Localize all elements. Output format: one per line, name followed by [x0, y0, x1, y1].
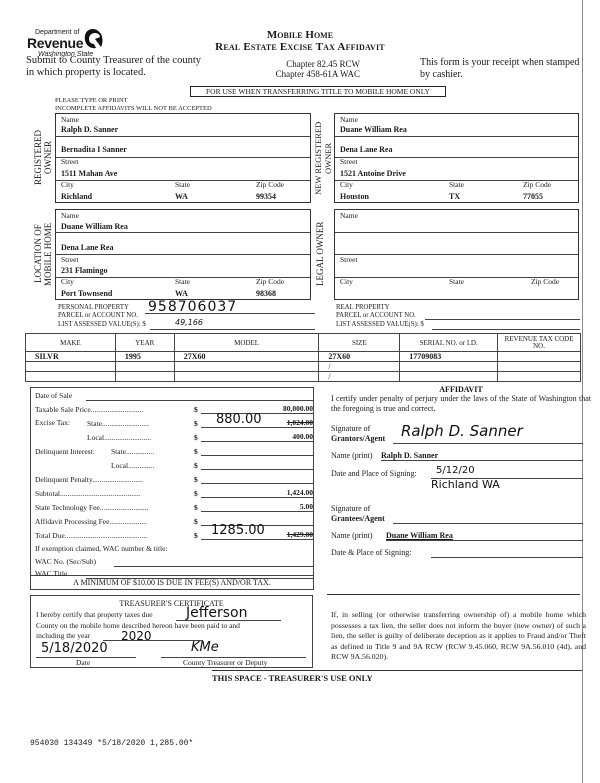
logo-revenue: Revenue [27, 35, 83, 51]
new-registered-owner-block: Name Duane William Rea Dena Lane Rea Str… [334, 113, 579, 203]
mobile-home-table: MAKE YEAR MODEL SIZE SERIAL NO. or I.D. … [25, 333, 581, 382]
registered-owner-street[interactable]: 1511 Mahan Ave [61, 169, 117, 178]
receipt-stamp: 954030 134349 *5/18/2020 1,285.00* [30, 739, 193, 748]
new-owner-street[interactable]: 1521 Antoine Drive [340, 169, 406, 178]
table-row: SILVR 1995 27X60 27X60 17709083 [26, 352, 581, 362]
personal-property-account-no[interactable]: 958706037 [148, 299, 237, 315]
form-title-line1: Mobile Home [200, 29, 400, 41]
location-block: Name Duane William Rea Dena Lane Rea Str… [55, 209, 311, 300]
new-owner-name1[interactable]: Duane William Rea [340, 125, 407, 134]
tech-fee-field[interactable]: 5.00 [201, 502, 314, 512]
grantor-name[interactable]: Ralph D. Sanner [381, 451, 438, 460]
grantor-date[interactable]: 5/12/20 [436, 465, 475, 476]
registered-owner-zip[interactable]: 99354 [256, 192, 276, 201]
dor-logo-icon [83, 28, 103, 50]
instructions: PLEASE TYPE OR PRINT INCOMPLETE AFFIDAVI… [55, 97, 212, 113]
date-of-sale-field[interactable] [86, 400, 314, 401]
delinquent-local-field[interactable] [201, 460, 314, 470]
legal-owner-section-label: LEGAL OWNER [315, 209, 333, 299]
delinquent-penalty-field[interactable] [201, 474, 314, 484]
table-row: / [26, 362, 581, 372]
affidavit-section: AFFIDAVIT I certify under penalty of per… [331, 385, 591, 554]
treasurer-date[interactable]: 5/18/2020 [41, 641, 108, 656]
excise-state-handwritten: 880.00 [216, 412, 262, 427]
grantee-date-field[interactable] [431, 557, 583, 558]
personal-property-label: PERSONAL PROPERTY PARCEL or ACCOUNT NO. [58, 304, 138, 320]
minimum-due-note: A MINIMUM OF $10.00 IS DUE IN FEE(S) AND… [30, 576, 314, 590]
registered-owner-name1[interactable]: Ralph D. Sanner [61, 125, 118, 134]
delinquent-state-field[interactable] [201, 446, 314, 456]
location-name1[interactable]: Duane William Rea [61, 222, 128, 231]
transfer-note: FOR USE WHEN TRANSFERRING TITLE TO MOBIL… [190, 86, 446, 97]
excise-state-struck: 1,024.00 [287, 418, 313, 427]
real-property-account-field[interactable] [425, 319, 580, 320]
real-property-label: REAL PROPERTY PARCEL or ACCOUNT NO. [336, 304, 416, 320]
receipt-note: This form is your receipt when stamped b… [420, 57, 590, 81]
location-section-label: LOCATION OFMOBILE HOME [33, 209, 57, 299]
registered-owner-city[interactable]: Richland [61, 192, 92, 201]
wac-no-field[interactable] [114, 566, 314, 567]
treasurer-signature[interactable]: KMe [191, 640, 219, 655]
table-row: / [26, 372, 581, 382]
submit-note: Submit to County Treasurer of the county… [26, 55, 201, 79]
new-owner-zip[interactable]: 77055 [523, 192, 543, 201]
new-registered-owner-section-label: NEW REGISTEREDOWNER [313, 113, 335, 203]
new-owner-state[interactable]: TX [449, 192, 460, 201]
chapter-ref: Chapter 82.45 RCW Chapter 458-61A WAC [268, 59, 360, 79]
treasurer-year[interactable]: 2020 [121, 629, 152, 643]
table-header-row: MAKE YEAR MODEL SIZE SERIAL NO. or I.D. … [26, 334, 581, 352]
excise-local-field[interactable]: 400.00 [201, 432, 314, 442]
legal-owner-block: Name Street City State Zip Code [334, 209, 579, 300]
new-owner-city[interactable]: Houston [340, 192, 369, 201]
total-due-struck: 1,429.00 [287, 530, 313, 539]
subtotal-field[interactable]: 1,424.00 [201, 488, 314, 498]
real-assessed-field[interactable] [432, 329, 580, 330]
location-state[interactable]: WA [175, 289, 188, 298]
treasurer-use-only-label: THIS SPACE - TREASURER'S USE ONLY [212, 673, 373, 683]
location-street[interactable]: 231 Flamingo [61, 266, 107, 275]
personal-assessed-label: LIST ASSESSED VALUE(S): $ [58, 321, 146, 328]
treasurer-county[interactable]: Jefferson [186, 605, 248, 621]
location-zip[interactable]: 98368 [256, 289, 276, 298]
fees-section: Date of Sale Taxable Sale Price.........… [30, 387, 314, 576]
registered-owner-state[interactable]: WA [175, 192, 188, 201]
registered-owner-name2[interactable]: Bernadita I Sanner [61, 145, 127, 154]
excise-state-field[interactable]: 880.00 1,024.00 [201, 418, 314, 428]
location-city[interactable]: Port Townsend [61, 289, 112, 298]
grantee-name[interactable]: Duane William Rea [386, 531, 453, 540]
grantor-place[interactable]: Richland WA [431, 478, 500, 491]
treasurer-certificate: TREASURER'S CERTIFICATE I hereby certify… [30, 595, 313, 668]
new-owner-name2[interactable]: Dena Lane Rea [340, 145, 392, 154]
personal-assessed-value[interactable]: 49,166 [175, 318, 203, 327]
real-assessed-label: LIST ASSESSED VALUE(S): $ [336, 321, 424, 328]
registered-owner-section-label: REGISTEREDOWNER [33, 113, 57, 203]
form-title-line2: Real Estate Excise Tax Affidavit [200, 41, 400, 53]
total-due-handwritten: 1285.00 [211, 523, 265, 538]
grantor-signature[interactable]: Ralph D. Sanner [401, 422, 523, 440]
location-name2[interactable]: Dena Lane Rea [61, 243, 113, 252]
tax-lien-warning: If, in selling (or otherwise transferrin… [331, 610, 586, 663]
grantee-signature-field[interactable] [393, 523, 583, 524]
registered-owner-block: Name Ralph D. Sanner Bernadita I Sanner … [55, 113, 311, 203]
total-due-field[interactable]: 1285.00 1,429.00 [201, 530, 314, 540]
